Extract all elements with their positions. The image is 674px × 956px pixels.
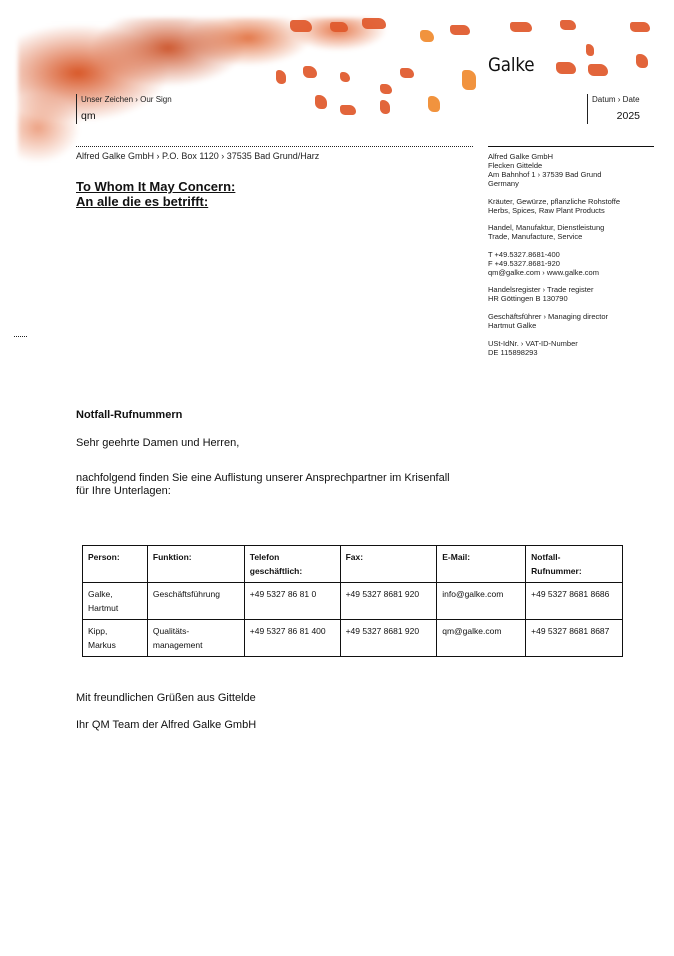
sidebar-line: qm@galke.com › www.galke.com [488,268,658,277]
cell-fax: +49 5327 8681 920 [340,583,437,620]
sidebar-group-director: Geschäftsführer › Managing director Hart… [488,312,658,330]
cell-person: Galke,Hartmut [83,583,148,620]
sidebar-line: HR Göttingen B 130790 [488,294,658,303]
address-divider-dotted [76,146,473,147]
emergency-contacts-table: Person: Funktion: Telefongeschäftlich: F… [82,545,623,657]
intro-line: für Ihre Unterlagen: [76,485,476,498]
table-header-row: Person: Funktion: Telefongeschäftlich: F… [83,546,623,583]
column-header-function: Funktion: [147,546,244,583]
cell-function: Qualitäts-management [147,620,244,657]
sidebar-line: Flecken Gittelde [488,161,658,170]
table-row: Kipp,Markus Qualitäts-management +49 532… [83,620,623,657]
our-sign-label: Unser Zeichen › Our Sign [81,94,251,105]
table-row: Galke,Hartmut Geschäftsführung +49 5327 … [83,583,623,620]
recipient-line-en: To Whom It May Concern: [76,179,235,194]
letter-intro: nachfolgend finden Sie eine Auflistung u… [76,472,476,498]
column-header-person: Person: [83,546,148,583]
sidebar-line: Am Bahnhof 1 › 37539 Bad Grund [488,170,658,179]
letter-subject: Notfall-Rufnummern [76,409,182,421]
sidebar-group-register: Handelsregister › Trade register HR Gött… [488,285,658,303]
sidebar-line: Hartmut Galke [488,321,658,330]
company-info-sidebar: Alfred Galke GmbH Flecken Gittelde Am Ba… [488,152,658,365]
our-sign-field: Unser Zeichen › Our Sign qm [76,94,251,124]
sidebar-line: Trade, Manufacture, Service [488,232,658,241]
recipient-block: To Whom It May Concern: An alle die es b… [76,179,235,209]
company-logo: Galke [488,54,534,76]
sidebar-line: Kräuter, Gewürze, pflanzliche Rohstoffe [488,197,658,206]
our-sign-value: qm [81,110,251,122]
cell-emergency: +49 5327 8681 8687 [526,620,623,657]
sidebar-group-contact: T +49.5327.8681-400 F +49.5327.8681-920 … [488,250,658,277]
letter-greeting: Sehr geehrte Damen und Herren, [76,437,239,449]
cell-phone: +49 5327 86 81 400 [244,620,340,657]
sidebar-group-products: Kräuter, Gewürze, pflanzliche Rohstoffe … [488,197,658,215]
cell-email[interactable]: qm@galke.com [437,620,526,657]
sidebar-group-address: Alfred Galke GmbH Flecken Gittelde Am Ba… [488,152,658,188]
sidebar-line: USt-IdNr. › VAT-ID-Number [488,339,658,348]
date-field: Datum › Date 2025 [587,94,652,124]
sidebar-line: Germany [488,179,658,188]
sidebar-line: Alfred Galke GmbH [488,152,658,161]
column-header-phone: Telefongeschäftlich: [244,546,340,583]
intro-line: nachfolgend finden Sie eine Auflistung u… [76,472,476,485]
letter-closing: Mit freundlichen Grüßen aus Gittelde [76,692,256,704]
cell-phone: +49 5327 86 81 0 [244,583,340,620]
sidebar-line: T +49.5327.8681-400 [488,250,658,259]
sidebar-group-services: Handel, Manufaktur, Dienstleistung Trade… [488,223,658,241]
column-header-email: E-Mail: [437,546,526,583]
sidebar-line: Geschäftsführer › Managing director [488,312,658,321]
sidebar-line: DE 115898293 [488,348,658,357]
cell-fax: +49 5327 8681 920 [340,620,437,657]
letter-signoff: Ihr QM Team der Alfred Galke GmbH [76,719,256,731]
cell-emergency: +49 5327 8681 8686 [526,583,623,620]
sidebar-group-vat: USt-IdNr. › VAT-ID-Number DE 115898293 [488,339,658,357]
date-label: Datum › Date [592,94,652,105]
sidebar-line: Herbs, Spices, Raw Plant Products [488,206,658,215]
sidebar-line: Handelsregister › Trade register [488,285,658,294]
cell-person: Kipp,Markus [83,620,148,657]
return-address: Alfred Galke GmbH › P.O. Box 1120 › 3753… [76,151,319,161]
letterhead-photo [18,18,655,166]
cell-function: Geschäftsführung [147,583,244,620]
fold-mark [14,336,27,337]
column-header-emergency: Notfall-Rufnummer: [526,546,623,583]
cell-email[interactable]: info@galke.com [437,583,526,620]
date-value: 2025 [592,110,652,122]
column-header-fax: Fax: [340,546,437,583]
recipient-line-de: An alle die es betrifft: [76,194,235,209]
sidebar-line: Handel, Manufaktur, Dienstleistung [488,223,658,232]
sidebar-line: F +49.5327.8681-920 [488,259,658,268]
sidebar-divider [488,146,654,147]
